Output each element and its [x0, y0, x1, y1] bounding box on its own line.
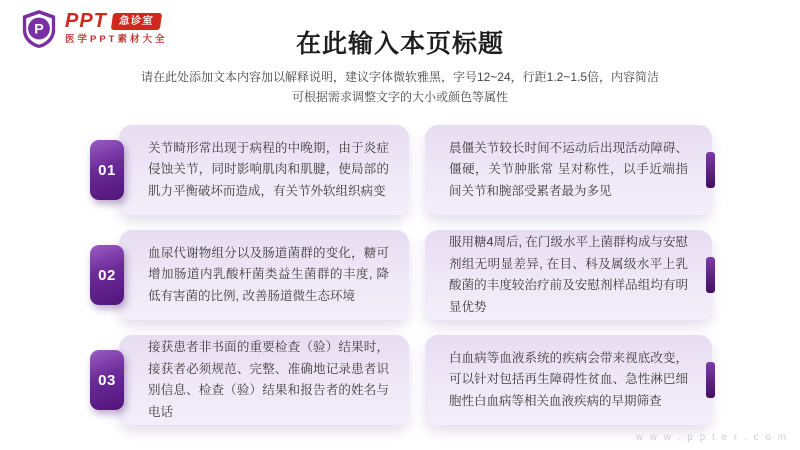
text-card-left: 关节畸形常出现于病程的中晚期，由于炎症侵蚀关节，同时影响肌肉和肌腱，使局部的肌力… [119, 125, 409, 215]
brand-tagline: 医学PPT素材大全 [65, 35, 167, 45]
text-card-right: 服用糖4周后, 在门级水平上菌群构成与安慰剂组无明显差异, 在目、科及属级水平上… [425, 230, 712, 320]
card-text: 血尿代谢物组分以及肠道菌群的变化，糖可增加肠道内乳酸杆菌类益生菌群的丰度, 降低… [148, 243, 389, 308]
text-card-left: 接获患者非书面的重要检查（验）结果时，接获者必须规范、完整、准确地记录患者识别信… [119, 335, 409, 425]
content-row-2: 02 血尿代谢物组分以及肠道菌群的变化，糖可增加肠道内乳酸杆菌类益生菌群的丰度,… [90, 230, 712, 320]
svg-text:P: P [34, 22, 44, 38]
page-subtitle: 请在此处添加文本内容加以解释说明，建议字体微软雅黑，字号12~24，行距1.2~… [0, 68, 800, 108]
text-card-right: 晨僵关节较长时间不运动后出现活动障碍、僵硬，关节肿胀常 呈对称性，以手近端指间关… [425, 125, 712, 215]
watermark: w w w . p p t e r . c o m [636, 432, 788, 443]
card-text: 白血病等血液系统的疾病会带来视底改变，可以针对包括再生障碍性贫血、急性淋巴细胞性… [449, 348, 688, 413]
card-text: 接获患者非书面的重要检查（验）结果时，接获者必须规范、完整、准确地记录患者识别信… [148, 337, 389, 423]
content-row-3: 03 接获患者非书面的重要检查（验）结果时，接获者必须规范、完整、准确地记录患者… [90, 335, 712, 425]
brand-name: PPT [65, 11, 107, 31]
content-rows: 01 关节畸形常出现于病程的中晚期，由于炎症侵蚀关节，同时影响肌肉和肌腱，使局部… [90, 125, 712, 425]
brand-badge: 急诊室 [111, 13, 162, 30]
card-text: 关节畸形常出现于病程的中晚期，由于炎症侵蚀关节，同时影响肌肉和肌腱，使局部的肌力… [148, 138, 389, 203]
card-accent-tab [706, 257, 715, 293]
row-number-badge: 03 [90, 350, 124, 410]
content-row-1: 01 关节畸形常出现于病程的中晚期，由于炎症侵蚀关节，同时影响肌肉和肌腱，使局部… [90, 125, 712, 215]
row-number-badge: 01 [90, 140, 124, 200]
row-number-badge: 02 [90, 245, 124, 305]
brand-logo: P PPT 急诊室 医学PPT素材大全 [20, 9, 167, 49]
subtitle-line-2: 可根据需求调整文字的大小或颜色等属性 [0, 88, 800, 108]
card-text: 服用糖4周后, 在门级水平上菌群构成与安慰剂组无明显差异, 在目、科及属级水平上… [449, 232, 688, 318]
subtitle-line-1: 请在此处添加文本内容加以解释说明，建议字体微软雅黑，字号12~24，行距1.2~… [0, 68, 800, 88]
text-card-right: 白血病等血液系统的疾病会带来视底改变，可以针对包括再生障碍性贫血、急性淋巴细胞性… [425, 335, 712, 425]
card-accent-tab [706, 152, 715, 188]
card-text: 晨僵关节较长时间不运动后出现活动障碍、僵硬，关节肿胀常 呈对称性，以手近端指间关… [449, 138, 688, 203]
text-card-left: 血尿代谢物组分以及肠道菌群的变化，糖可增加肠道内乳酸杆菌类益生菌群的丰度, 降低… [119, 230, 409, 320]
card-accent-tab [706, 362, 715, 398]
shield-logo-icon: P [20, 9, 58, 49]
